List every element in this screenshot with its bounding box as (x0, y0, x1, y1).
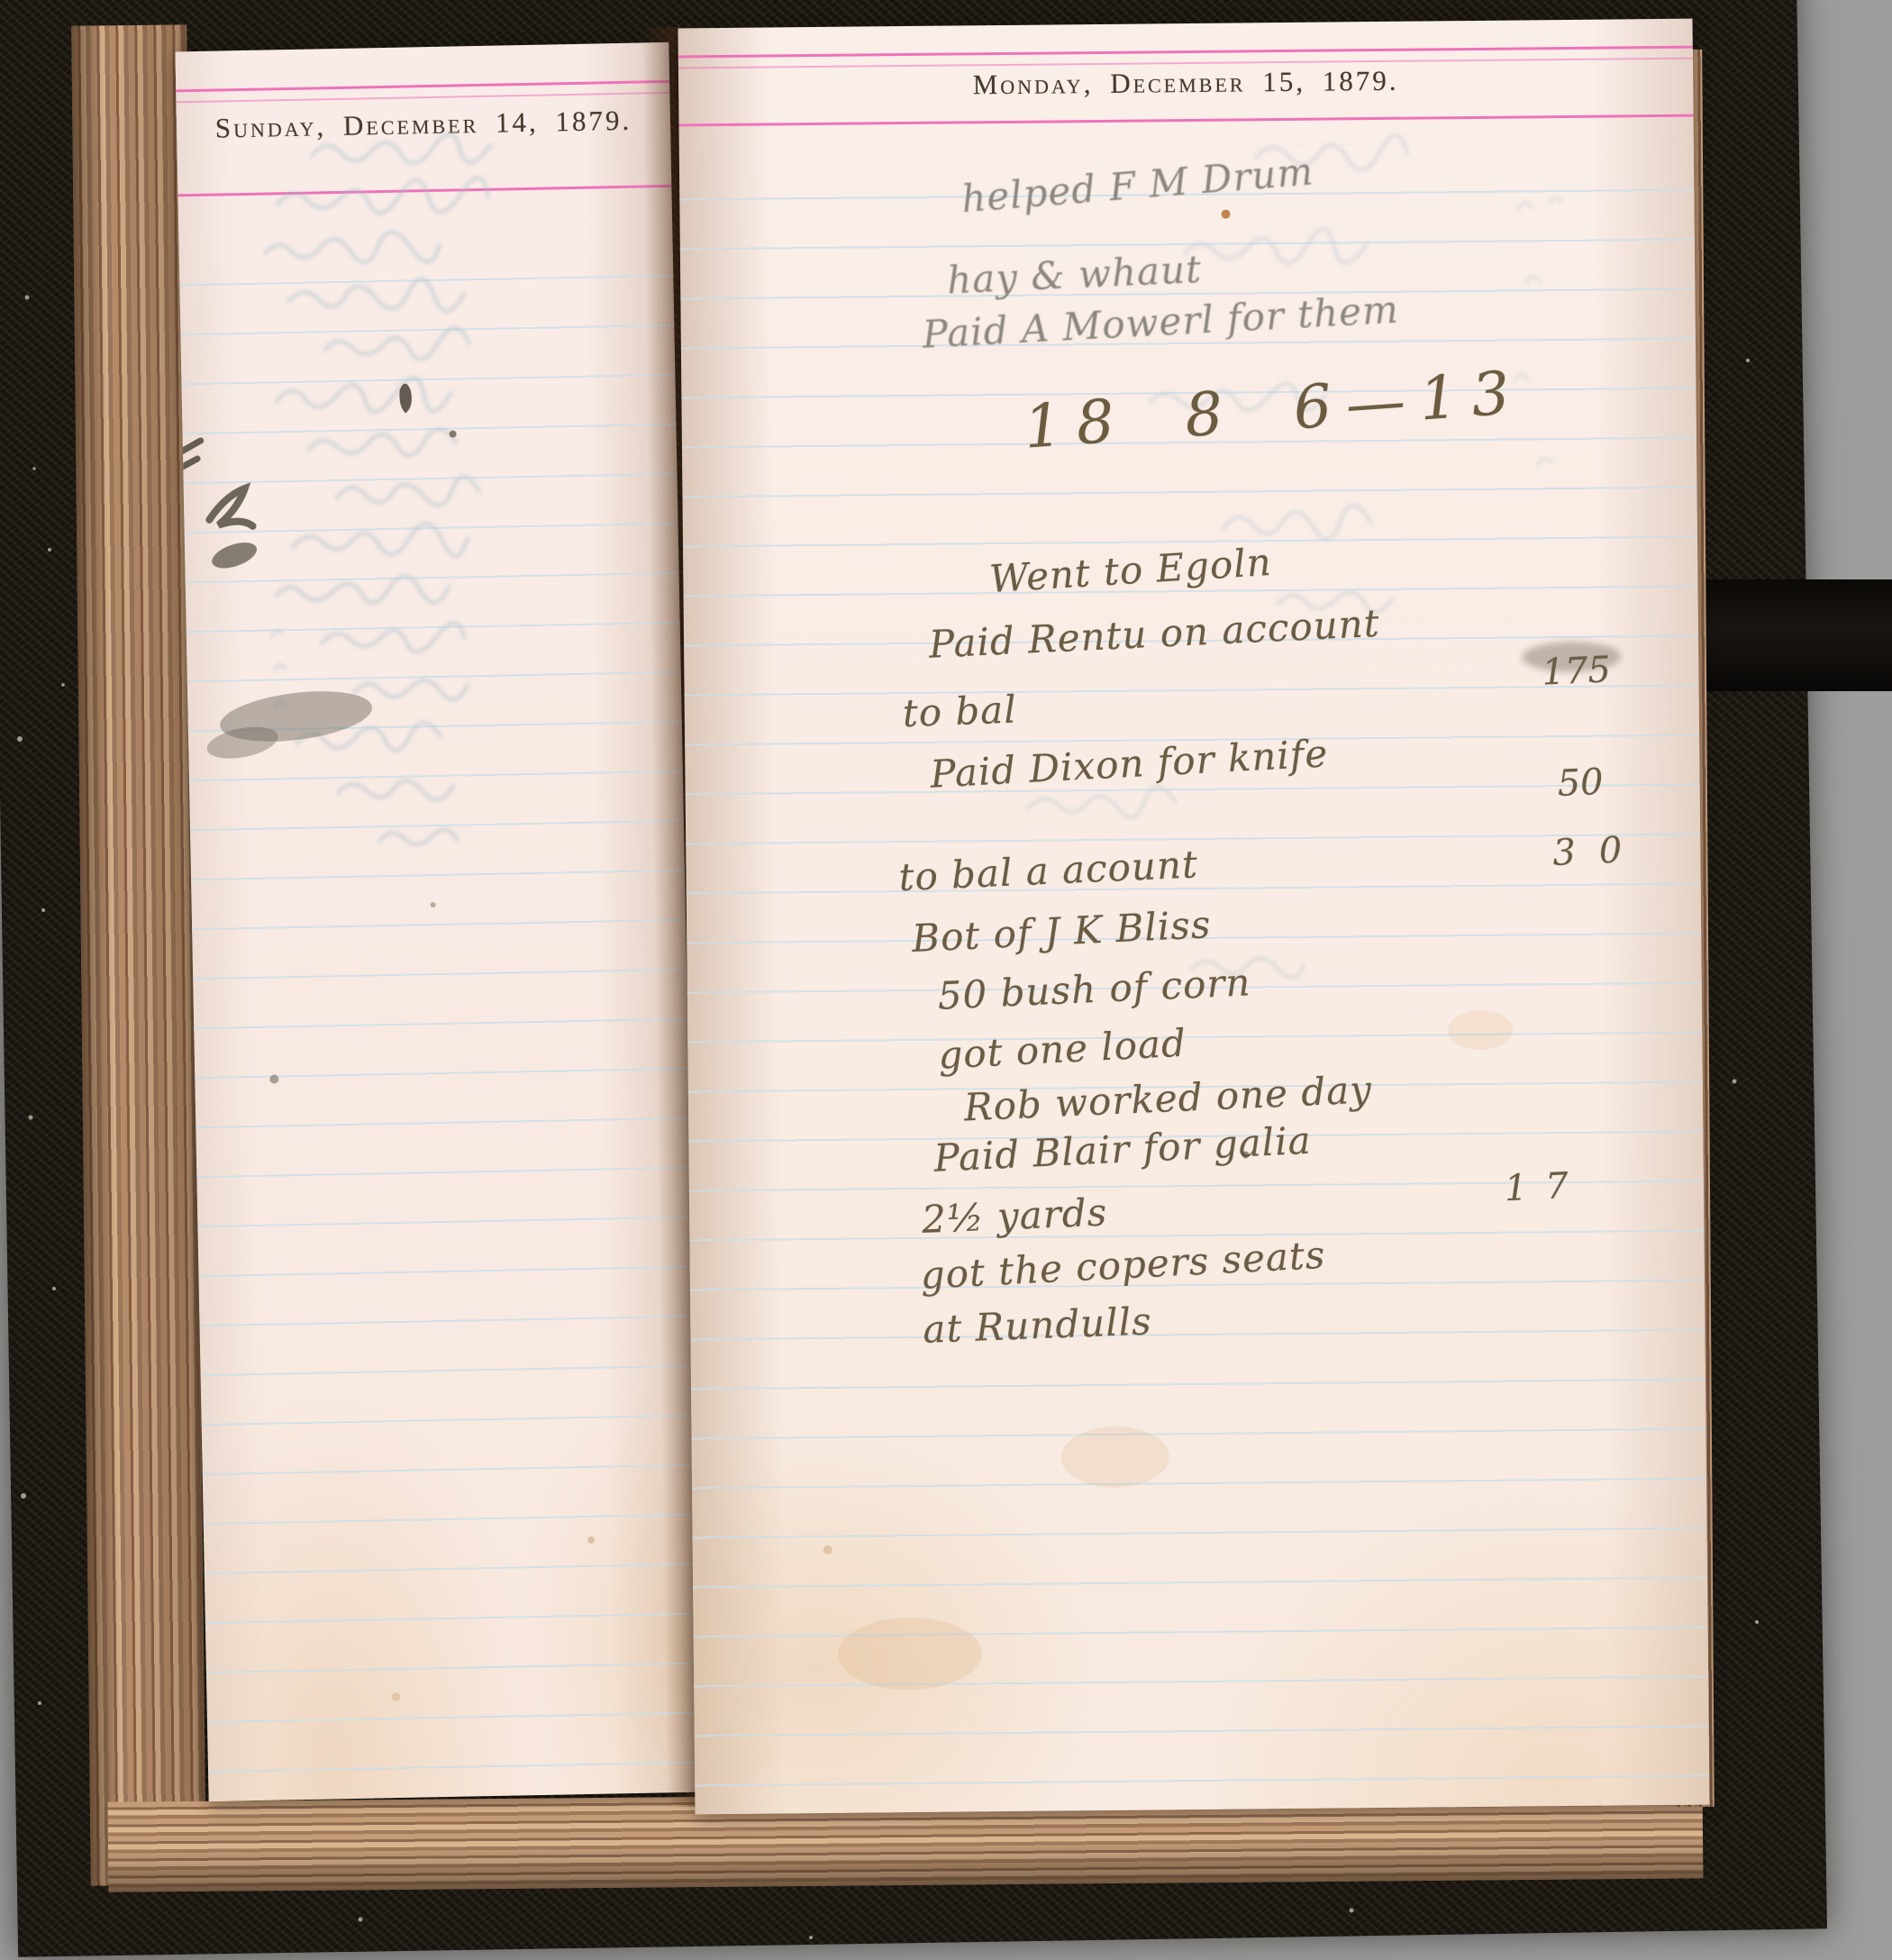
diary-entry-line: 2½ yards (921, 1190, 1108, 1241)
diary-entry-line: to bal (902, 688, 1018, 736)
diary-page-left: Sunday, December 14, 1879. (175, 42, 702, 1801)
amount-value: 17 (1504, 1164, 1587, 1209)
amount-value: 30 (1551, 828, 1646, 874)
diary-scan: Sunday, December 14, 1879. (0, 0, 1892, 1960)
page-date-header-right: Monday, December 15, 1879. (678, 62, 1693, 105)
book-clasp-strap (1694, 579, 1892, 691)
page-date-header-left: Sunday, December 14, 1879. (177, 104, 671, 146)
pink-rule (176, 92, 669, 104)
pink-rule (678, 46, 1693, 59)
ruled-lines-left (178, 227, 702, 1796)
pink-rule (177, 185, 671, 197)
pink-rule (679, 114, 1694, 127)
amount-value: 50 (1557, 761, 1605, 805)
amount-value: 175 (1541, 649, 1611, 693)
pink-rule (176, 80, 669, 93)
diary-entry-line: at Rundulls (922, 1299, 1152, 1352)
diary-page-right: Monday, December 15, 1879. helped F M Dr… (678, 19, 1710, 1815)
